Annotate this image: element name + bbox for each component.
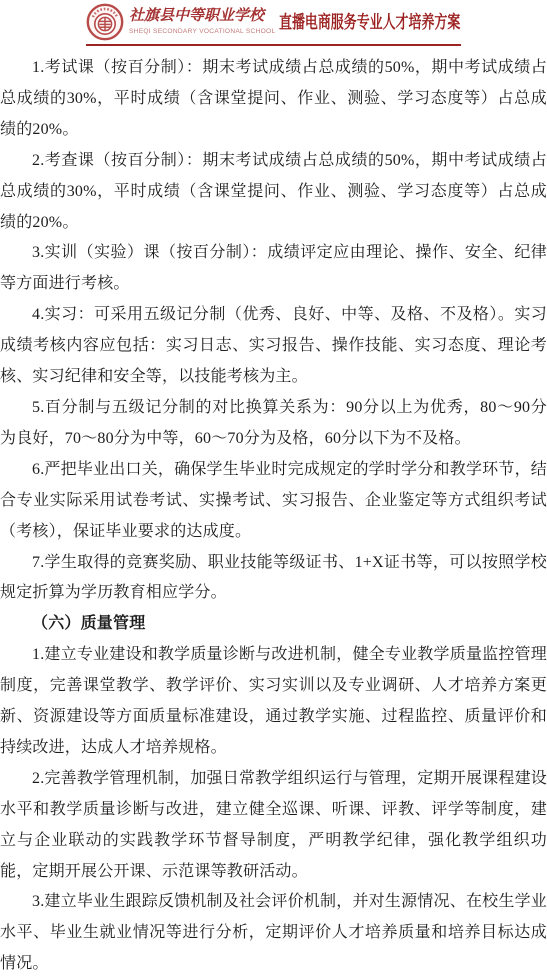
paragraph-assessment-course: 2.考查课（按百分制）：期末考试成绩占总成绩的50%，期中考试成绩占总成绩的30…	[0, 146, 547, 239]
paragraph-graduate-feedback: 3.建立毕业生跟踪反馈机制及社会评价机制，并对生源情况、在校生学业水平、毕业生就…	[0, 887, 547, 979]
paragraph-internship: 4.实习：可采用五级记分制（优秀、良好、中等、及格、不及格）。实习成绩考核内容应…	[0, 300, 547, 393]
paragraph-quality-mechanism: 1.建立专业建设和教学质量诊断与改进机制，健全专业教学质量监控管理制度，完善课堂…	[0, 640, 547, 764]
doc-header: 社旗县中等职业学校 SHEQI SECONDARY VOCATIONAL SCH…	[0, 0, 547, 46]
doc-body: 1.考试课（按百分制）：期末考试成绩占总成绩的50%，期中考试成绩占总成绩的30…	[0, 53, 547, 979]
doc-title: 直播电商服务专业人才培养方案	[279, 11, 461, 33]
school-name-block: 社旗县中等职业学校 SHEQI SECONDARY VOCATIONAL SCH…	[129, 8, 257, 36]
school-name-cn: 社旗县中等职业学校	[129, 8, 257, 25]
paragraph-grade-conversion: 5.百分制与五级记分制的对比换算关系为：90分以上为优秀，80～90分为良好，7…	[0, 393, 547, 455]
paragraph-exam-course: 1.考试课（按百分制）：期末考试成绩占总成绩的50%，期中考试成绩占总成绩的30…	[0, 53, 547, 146]
header-divider-line	[86, 44, 461, 46]
school-name-en: SHEQI SECONDARY VOCATIONAL SCHOOL	[129, 27, 257, 36]
paragraph-practical-course: 3.实训（实验）课（按百分制）：成绩评定应由理论、操作、安全、纪律等方面进行考核…	[0, 238, 547, 300]
document-page: 社旗县中等职业学校 SHEQI SECONDARY VOCATIONAL SCH…	[0, 0, 547, 979]
paragraph-teaching-management: 2.完善教学管理机制，加强日常教学组织运行与管理，定期开展课程建设水平和教学质量…	[0, 764, 547, 888]
paragraph-credit-conversion: 7.学生取得的竞赛奖励、职业技能等级证书、1+X证书等，可以按照学校规定折算为学…	[0, 548, 547, 610]
section-heading-quality-management: （六）质量管理	[0, 609, 547, 640]
school-seal-icon	[86, 3, 124, 41]
paragraph-graduation-gate: 6.严把毕业出口关，确保学生毕业时完成规定的学时学分和教学环节，结合专业实际采用…	[0, 455, 547, 548]
